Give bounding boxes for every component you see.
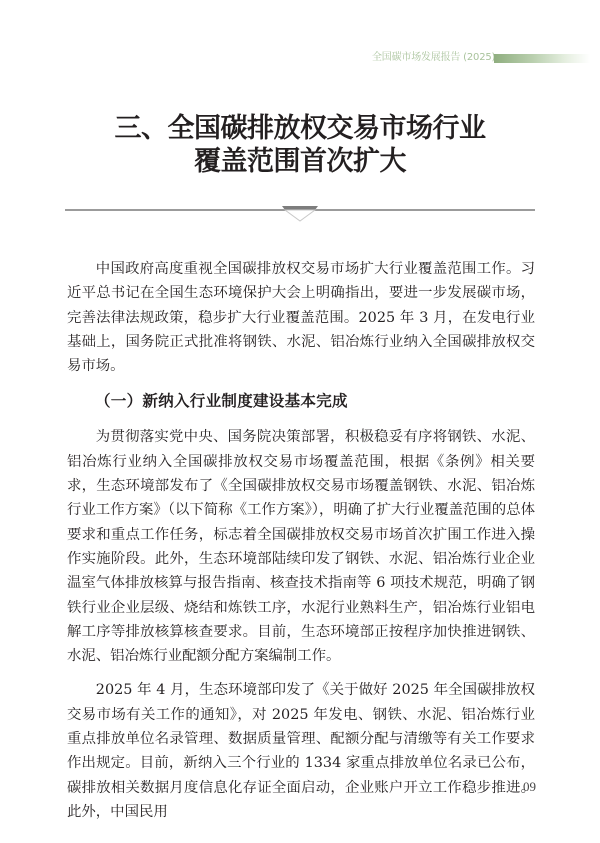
- running-header-title: 全国碳市场发展报告 (2025): [372, 51, 486, 64]
- section-heading: （一）新纳入行业制度建设基本完成: [67, 389, 535, 413]
- intro-paragraph: 中国政府高度重视全国碳排放权交易市场扩大行业覆盖范围工作。习近平总书记在全国生态…: [67, 257, 535, 378]
- paragraph-policy: 为贯彻落实党中央、国务院决策部署，积极稳妥有序将钢铁、水泥、铝冶炼行业纳入全国碳…: [67, 425, 535, 668]
- triangle-down-icon: [282, 206, 318, 222]
- chapter-title-line-1: 三、全国碳排放权交易市场行业: [0, 112, 600, 145]
- body-content: 中国政府高度重视全国碳排放权交易市场扩大行业覆盖范围工作。习近平总书记在全国生态…: [67, 257, 535, 824]
- header-gradient-bar: [494, 54, 590, 63]
- chapter-title-line-2: 覆盖范围首次扩大: [0, 145, 600, 178]
- chapter-title: 三、全国碳排放权交易市场行业 覆盖范围首次扩大: [0, 112, 600, 178]
- paragraph-notice: 2025 年 4 月，生态环境部印发了《关于做好 2025 年全国碳排放权交易市…: [67, 678, 535, 824]
- page-number: 09: [514, 779, 536, 794]
